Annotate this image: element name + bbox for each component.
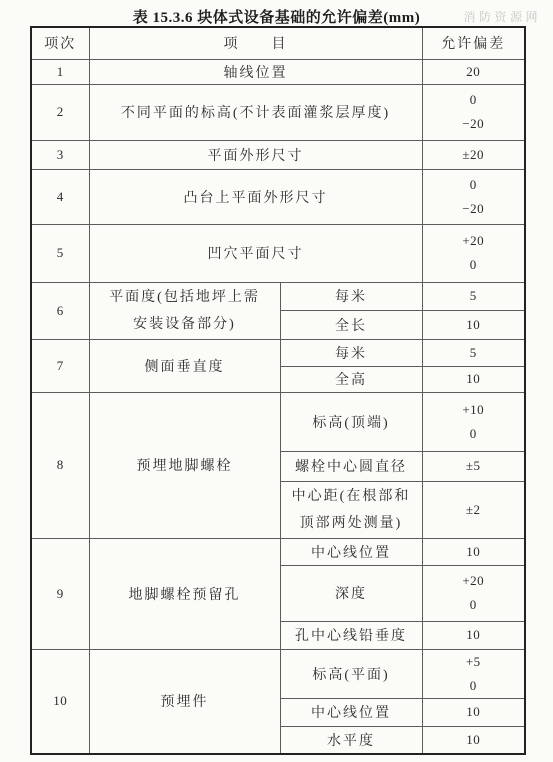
header-col-deviation: 允许偏差: [422, 27, 525, 59]
deviation-cell: ±20: [422, 140, 525, 169]
deviation-cell: +10 0: [422, 392, 525, 451]
deviation-line: +20: [423, 229, 525, 253]
table-row: 1 轴线位置 20: [31, 59, 525, 84]
sub-item-cell: 每米: [280, 339, 422, 366]
item-cell: 轴线位置: [89, 59, 422, 84]
sub-item-cell: 深度: [280, 565, 422, 621]
sub-item-cell: 标高(平面): [280, 649, 422, 698]
item-cell: 不同平面的标高(不计表面灌浆层厚度): [89, 84, 422, 140]
row-index-cell: 5: [31, 224, 89, 282]
row-index-cell: 3: [31, 140, 89, 169]
deviation-cell: 10: [422, 366, 525, 392]
row-index-cell: 4: [31, 169, 89, 224]
table-row: 2 不同平面的标高(不计表面灌浆层厚度) 0 −20: [31, 84, 525, 140]
row-index-cell: 10: [31, 649, 89, 754]
deviation-line: 0: [423, 173, 525, 197]
item-cell: 预埋件: [89, 649, 280, 754]
sub-item-cell: 中心线位置: [280, 538, 422, 565]
deviation-cell: 10: [422, 621, 525, 649]
deviation-line: +10: [423, 398, 525, 422]
row-index-cell: 6: [31, 282, 89, 339]
deviation-cell: ±5: [422, 451, 525, 481]
item-cell: 凹穴平面尺寸: [89, 224, 422, 282]
sub-item-cell: 全长: [280, 310, 422, 339]
item-cell: 侧面垂直度: [89, 339, 280, 392]
sub-item-line: 顶部两处测量): [281, 510, 422, 537]
deviation-cell: 20: [422, 59, 525, 84]
row-index-cell: 1: [31, 59, 89, 84]
deviation-cell: +5 0: [422, 649, 525, 698]
table-row: 5 凹穴平面尺寸 +20 0: [31, 224, 525, 282]
deviation-cell: +20 0: [422, 224, 525, 282]
sub-item-cell: 孔中心线铅垂度: [280, 621, 422, 649]
table-row: 10 预埋件 标高(平面) +5 0: [31, 649, 525, 698]
sub-item-cell: 全高: [280, 366, 422, 392]
deviation-table: 项次 项 目 允许偏差 1 轴线位置 20 2 不同平面的标高(不计表面灌浆层厚…: [30, 26, 526, 755]
sub-item-cell: 中心线位置: [280, 698, 422, 726]
deviation-cell: 10: [422, 698, 525, 726]
deviation-line: 0: [423, 593, 525, 617]
sub-item-cell: 每米: [280, 282, 422, 310]
deviation-line: −20: [423, 112, 525, 136]
item-line: 安装设备部分): [90, 311, 280, 338]
table-row: 7 侧面垂直度 每米 5: [31, 339, 525, 366]
item-cell: 地脚螺栓预留孔: [89, 538, 280, 649]
table-row: 8 预埋地脚螺栓 标高(顶端) +10 0: [31, 392, 525, 451]
deviation-cell: 10: [422, 310, 525, 339]
deviation-line: +5: [423, 650, 525, 674]
deviation-cell: ±2: [422, 481, 525, 538]
deviation-cell: 10: [422, 726, 525, 754]
header-col-item: 项 目: [89, 27, 422, 59]
row-index-cell: 9: [31, 538, 89, 649]
deviation-line: 0: [423, 422, 525, 446]
row-index-cell: 7: [31, 339, 89, 392]
deviation-cell: +20 0: [422, 565, 525, 621]
item-cell: 预埋地脚螺栓: [89, 392, 280, 538]
sub-item-cell: 中心距(在根部和 顶部两处测量): [280, 481, 422, 538]
item-line: 平面度(包括地坪上需: [90, 284, 280, 311]
deviation-cell: 5: [422, 282, 525, 310]
row-index-cell: 2: [31, 84, 89, 140]
sub-item-cell: 水平度: [280, 726, 422, 754]
header-col-index: 项次: [31, 27, 89, 59]
deviation-cell: 0 −20: [422, 169, 525, 224]
row-index-cell: 8: [31, 392, 89, 538]
watermark-text: 消防资源网: [463, 8, 541, 25]
deviation-cell: 0 −20: [422, 84, 525, 140]
item-cell: 平面外形尺寸: [89, 140, 422, 169]
scanned-page: { "title": "表 15.3.6 块体式设备基础的允许偏差(mm)", …: [0, 0, 553, 762]
sub-item-cell: 螺栓中心圆直径: [280, 451, 422, 481]
deviation-line: 0: [423, 88, 525, 112]
deviation-cell: 5: [422, 339, 525, 366]
table-row: 3 平面外形尺寸 ±20: [31, 140, 525, 169]
deviation-cell: 10: [422, 538, 525, 565]
item-cell: 平面度(包括地坪上需 安装设备部分): [89, 282, 280, 339]
table-row: 9 地脚螺栓预留孔 中心线位置 10: [31, 538, 525, 565]
table-row: 6 平面度(包括地坪上需 安装设备部分) 每米 5: [31, 282, 525, 310]
sub-item-cell: 标高(顶端): [280, 392, 422, 451]
table-row: 4 凸台上平面外形尺寸 0 −20: [31, 169, 525, 224]
deviation-line: 0: [423, 253, 525, 277]
sub-item-line: 中心距(在根部和: [281, 483, 422, 510]
item-cell: 凸台上平面外形尺寸: [89, 169, 422, 224]
deviation-line: +20: [423, 569, 525, 593]
deviation-line: 0: [423, 674, 525, 698]
deviation-line: −20: [423, 197, 525, 221]
table-header-row: 项次 项 目 允许偏差: [31, 27, 525, 59]
